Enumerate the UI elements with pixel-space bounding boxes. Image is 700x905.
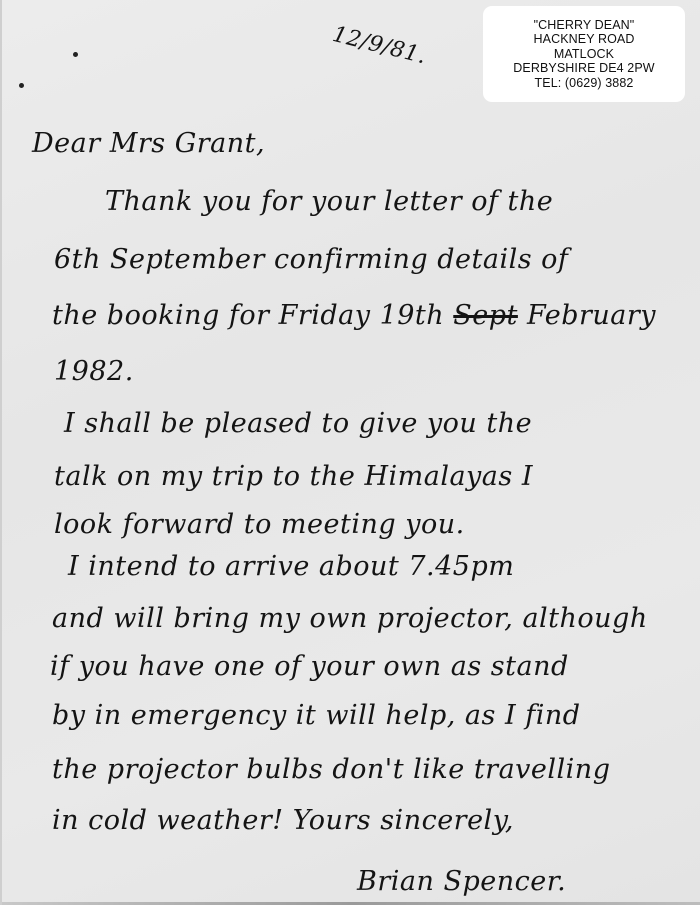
struck-out-word: Sept <box>453 300 518 331</box>
letter-date: 12/9/81. <box>330 22 429 69</box>
paper-mark <box>73 52 78 57</box>
letter-page: "CHERRY DEAN" HACKNEY ROAD MATLOCK DERBY… <box>0 0 700 905</box>
body-line: look forward to meeting you. <box>54 509 465 540</box>
body-line: by in emergency it will help, as I find <box>52 700 581 731</box>
body-line: 1982. <box>54 356 134 387</box>
address-county-postcode: DERBYSHIRE DE4 2PW <box>513 61 654 76</box>
body-line: Thank you for your letter of the <box>105 186 553 217</box>
address-street: HACKNEY ROAD <box>534 32 635 47</box>
body-line: if you have one of your own as stand <box>50 651 569 682</box>
signature: Brian Spencer. <box>357 866 566 897</box>
body-line-text: February <box>527 300 656 331</box>
body-line: the booking for Friday 19th Sept Februar… <box>52 300 656 331</box>
body-line: the projector bulbs don't like travellin… <box>52 754 610 785</box>
address-label: "CHERRY DEAN" HACKNEY ROAD MATLOCK DERBY… <box>483 6 685 102</box>
body-line: and will bring my own projector, althoug… <box>52 603 648 634</box>
body-line-text: the booking for Friday 19th <box>52 300 444 331</box>
salutation: Dear Mrs Grant, <box>32 128 265 159</box>
body-line: talk on my trip to the Himalayas I <box>54 461 533 492</box>
body-line: 6th September confirming details of <box>54 244 568 275</box>
address-house-name: "CHERRY DEAN" <box>534 18 635 33</box>
paper-mark <box>19 83 24 88</box>
address-telephone: TEL: (0629) 3882 <box>535 76 634 91</box>
body-line: I intend to arrive about 7.45pm <box>68 551 514 582</box>
address-town: MATLOCK <box>554 47 614 62</box>
body-line: I shall be pleased to give you the <box>64 408 532 439</box>
body-line-closing: in cold weather! Yours sincerely, <box>52 805 514 836</box>
